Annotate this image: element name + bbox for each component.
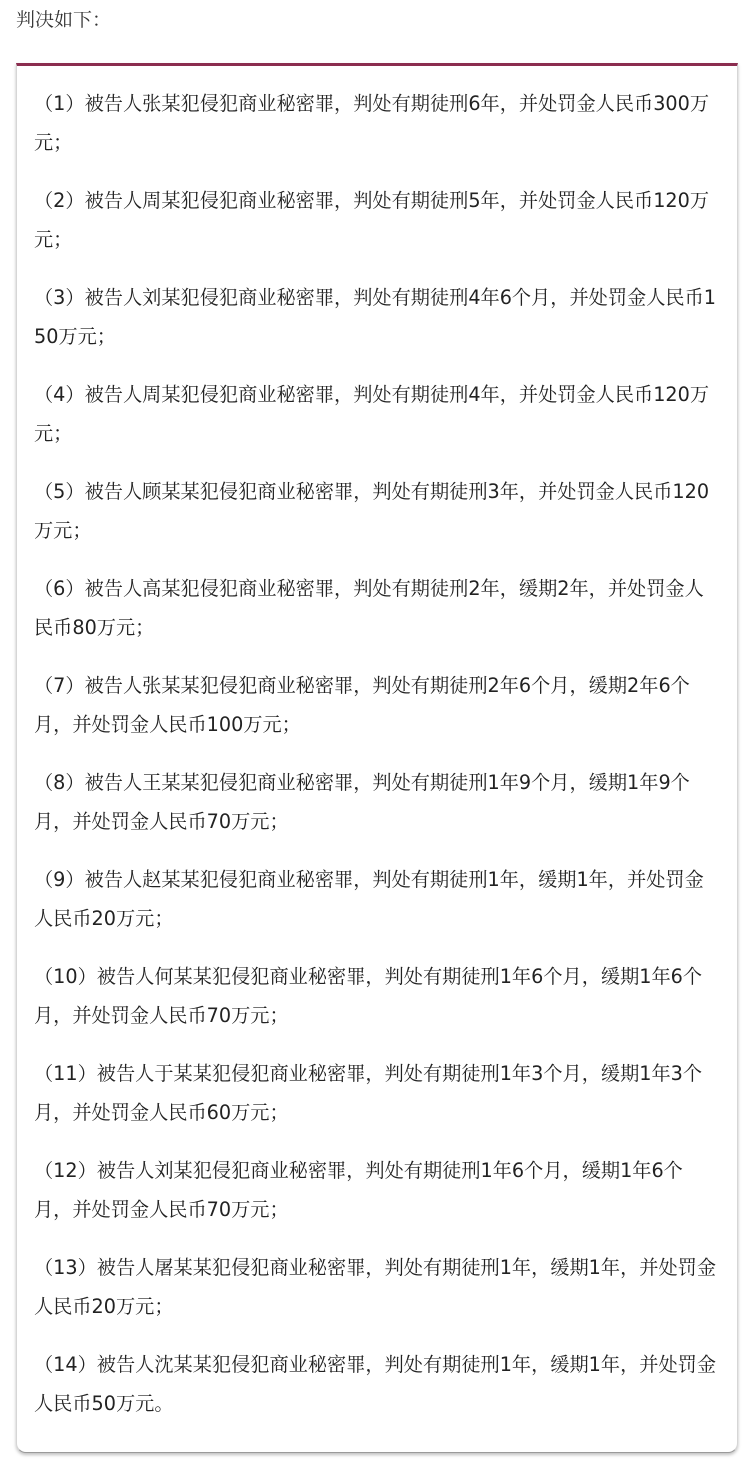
- verdict-item-13: （13）被告人屠某某犯侵犯商业秘密罪，判处有期徒刑1年，缓期1年，并处罚金人民币…: [34, 1248, 720, 1326]
- verdict-item-10: （10）被告人何某某犯侵犯商业秘密罪，判处有期徒刑1年6个月，缓期1年6个月，并…: [34, 957, 720, 1035]
- verdict-item-4: （4）被告人周某犯侵犯商业秘密罪，判处有期徒刑4年，并处罚金人民币120万元；: [34, 375, 720, 453]
- verdict-item-14: （14）被告人沈某某犯侵犯商业秘密罪，判处有期徒刑1年，缓期1年，并处罚金人民币…: [34, 1345, 720, 1423]
- verdict-item-2: （2）被告人周某犯侵犯商业秘密罪，判处有期徒刑5年，并处罚金人民币120万元；: [34, 181, 720, 259]
- verdict-item-11: （11）被告人于某某犯侵犯商业秘密罪，判处有期徒刑1年3个月，缓期1年3个月，并…: [34, 1054, 720, 1132]
- verdict-item-8: （8）被告人王某某犯侵犯商业秘密罪，判处有期徒刑1年9个月，缓期1年9个月，并处…: [34, 763, 720, 841]
- verdict-item-3: （3）被告人刘某犯侵犯商业秘密罪，判处有期徒刑4年6个月，并处罚金人民币150万…: [34, 278, 720, 356]
- intro-text: 判决如下：: [16, 6, 111, 34]
- verdict-item-9: （9）被告人赵某某犯侵犯商业秘密罪，判处有期徒刑1年，缓期1年，并处罚金人民币2…: [34, 860, 720, 938]
- verdict-item-7: （7）被告人张某某犯侵犯商业秘密罪，判处有期徒刑2年6个月，缓期2年6个月，并处…: [34, 666, 720, 744]
- verdict-item-6: （6）被告人高某犯侵犯商业秘密罪，判处有期徒刑2年，缓期2年，并处罚金人民币80…: [34, 569, 720, 647]
- verdict-item-5: （5）被告人顾某某犯侵犯商业秘密罪，判处有期徒刑3年，并处罚金人民币120万元；: [34, 472, 720, 550]
- verdict-card: （1）被告人张某犯侵犯商业秘密罪，判处有期徒刑6年，并处罚金人民币300万元； …: [16, 63, 738, 1453]
- verdict-item-1: （1）被告人张某犯侵犯商业秘密罪，判处有期徒刑6年，并处罚金人民币300万元；: [34, 84, 720, 162]
- verdict-item-12: （12）被告人刘某犯侵犯商业秘密罪，判处有期徒刑1年6个月，缓期1年6个月，并处…: [34, 1151, 720, 1229]
